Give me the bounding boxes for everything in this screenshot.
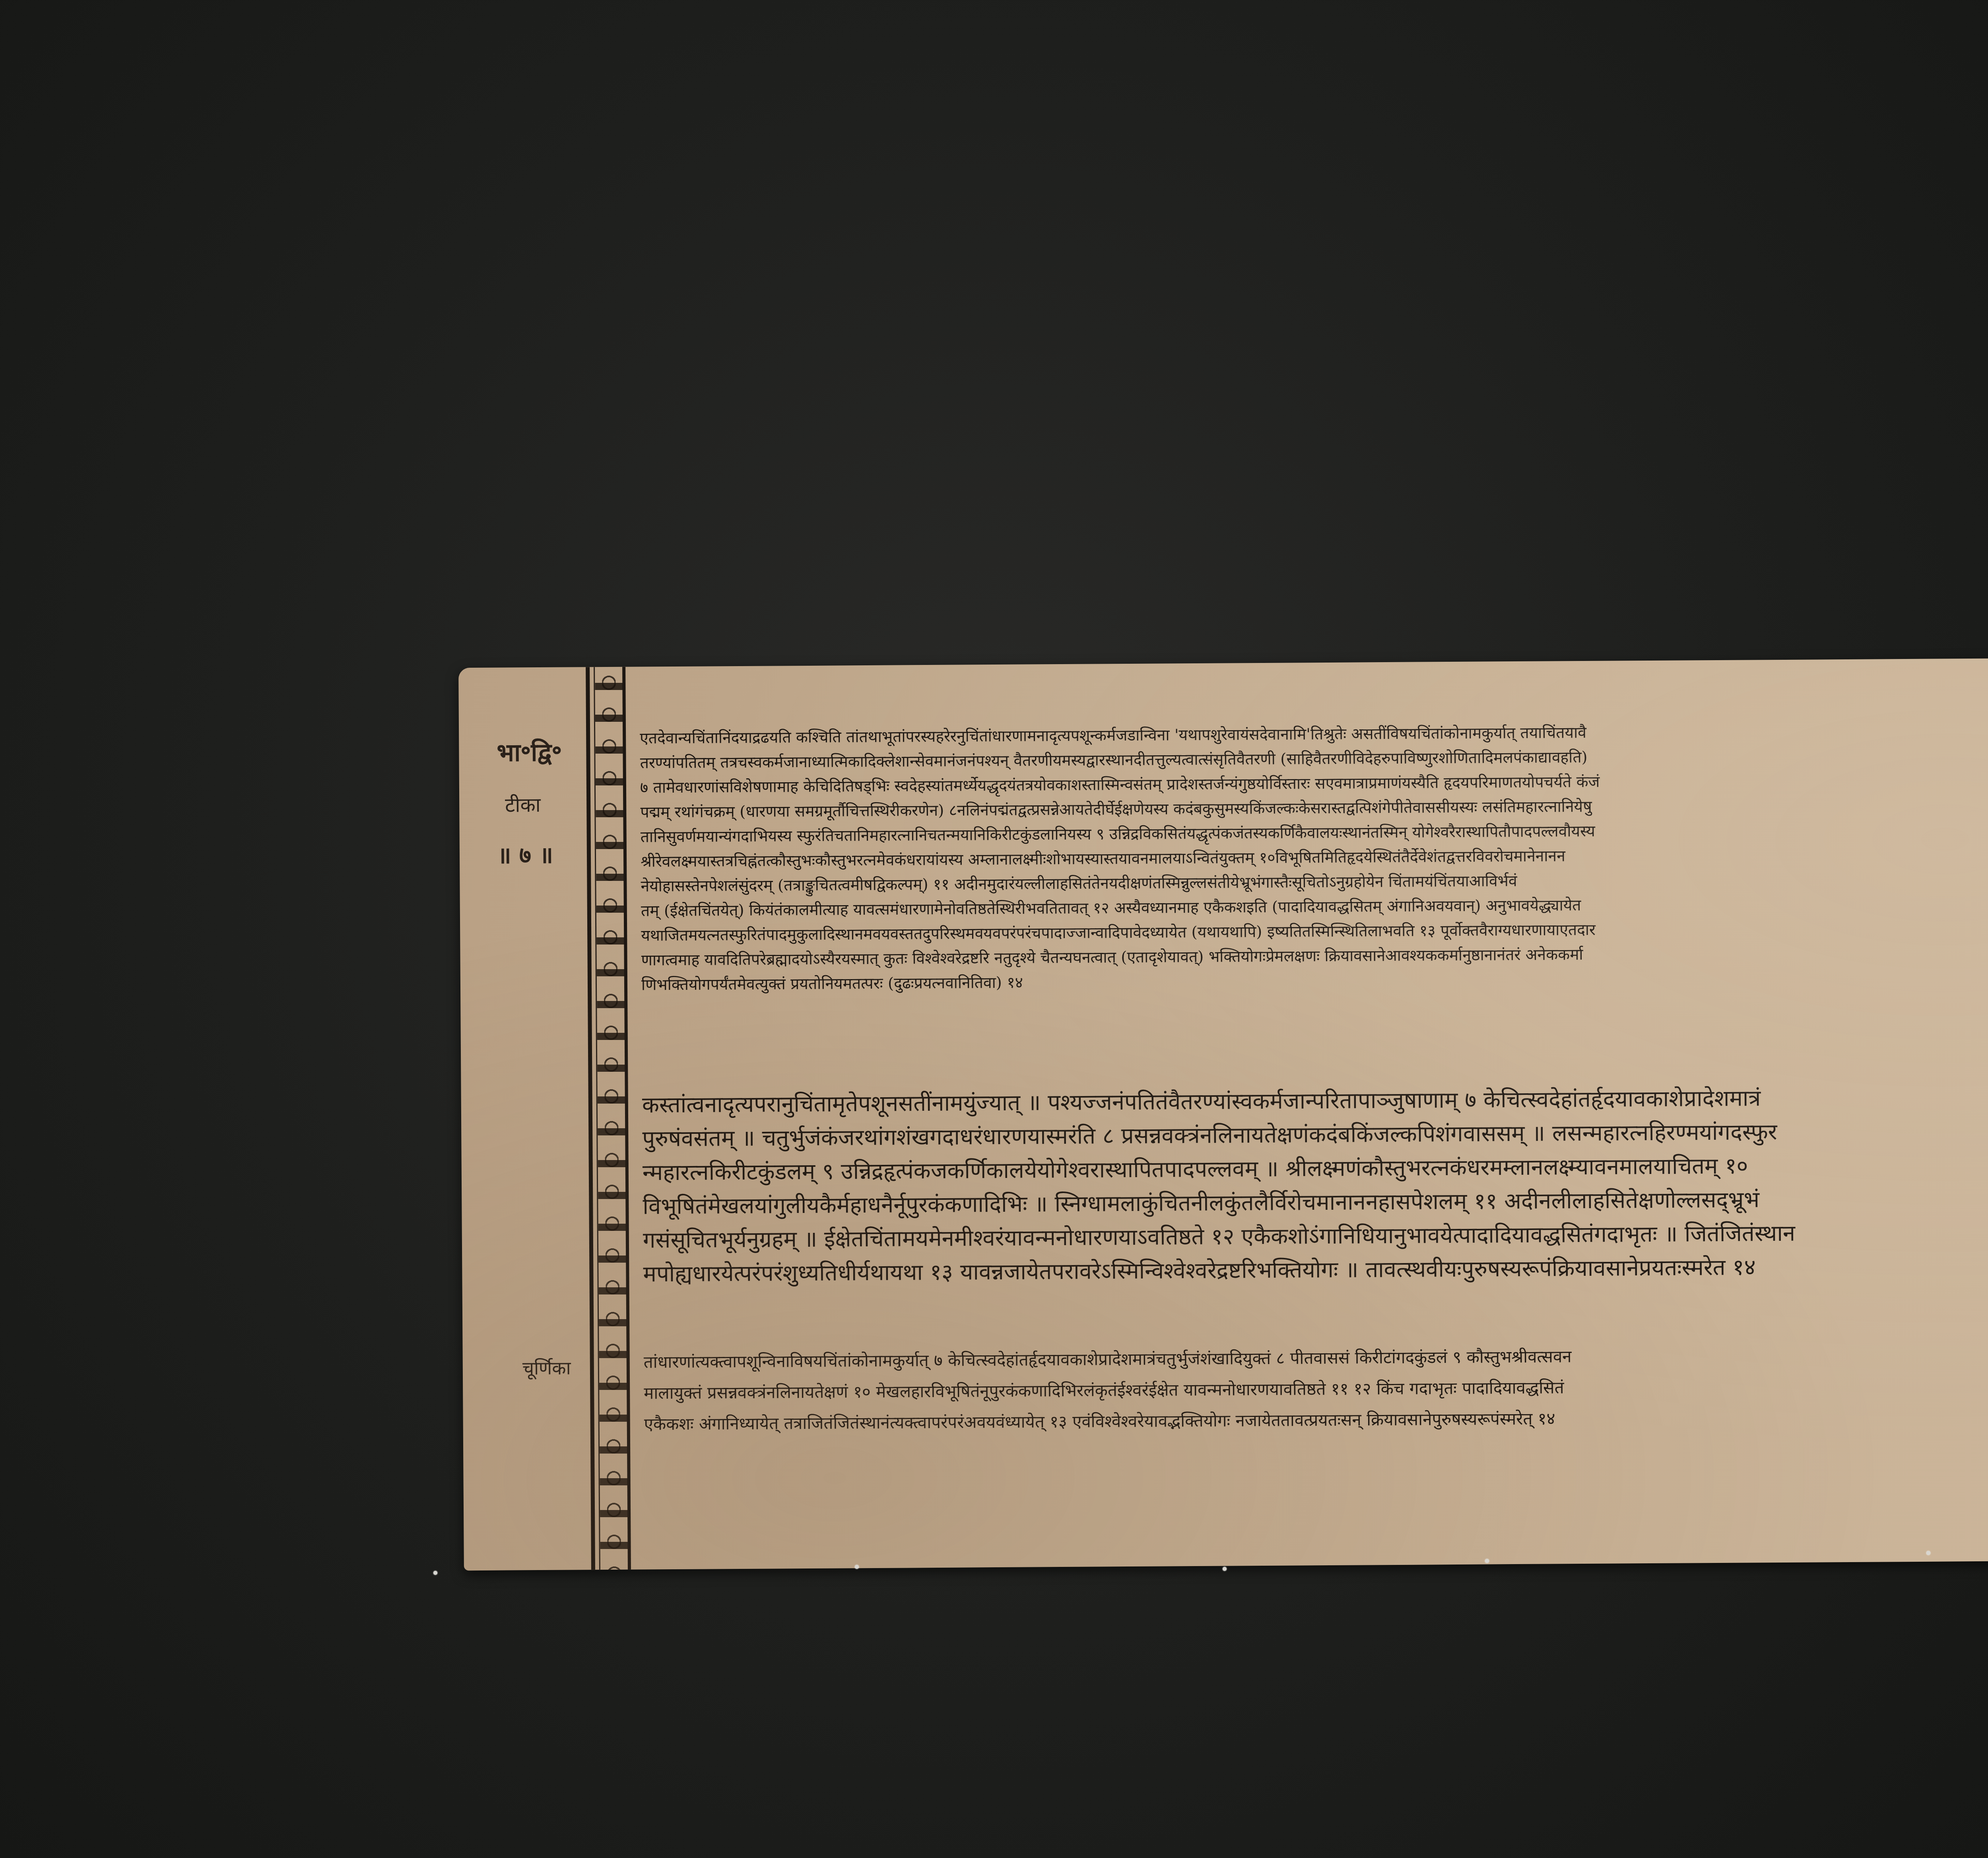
mounting-pin — [855, 1565, 859, 1569]
mounting-pin — [1223, 1567, 1227, 1571]
text-title-abbrev: भा॰द्वि॰ — [497, 735, 562, 769]
mounting-pin — [1926, 1551, 1930, 1555]
manuscript-folio: भा॰द्वि॰ टीका ॥ ७ ॥ चूर्णिका एतदेवान्यचि… — [458, 657, 1988, 1570]
churnika-label: चूर्णिका — [522, 1355, 571, 1380]
verse-block: कस्तांत्वनादृत्यपरानुचिंतामृतेपशूनसतींना… — [642, 1079, 1988, 1291]
commentary-top: एतदेवान्यचिंतानिंदयाद्रढयति कश्चिति तांत… — [640, 717, 1988, 998]
tika-label: टीका — [505, 791, 541, 818]
mounting-pin — [433, 1571, 437, 1575]
churnika-block: तांधारणांत्यक्त्वापशून्विनाविषयचिंतांकोन… — [644, 1338, 1988, 1440]
mounting-pin — [1485, 1559, 1489, 1563]
left-margin: भा॰द्वि॰ टीका ॥ ७ ॥ चूर्णिका — [458, 667, 591, 1570]
folio-number-left: ॥ ७ ॥ — [497, 838, 553, 870]
main-text-block: एतदेवान्यचिंतानिंदयाद्रढयति कश्चिति तांत… — [627, 658, 1988, 1570]
